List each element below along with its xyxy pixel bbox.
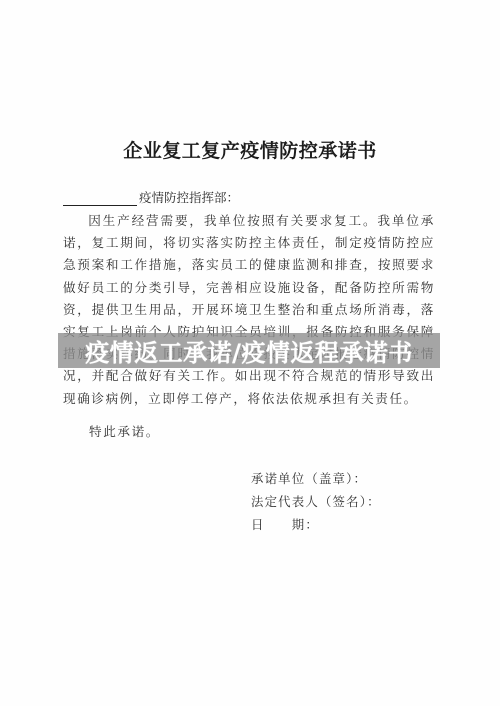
- date-label: 日 期：: [251, 513, 381, 536]
- signature-block: 承诺单位（盖章）： 法定代表人（签名）： 日 期：: [251, 467, 381, 536]
- document-title: 企业复工复产疫情防控承诺书: [0, 136, 500, 163]
- caption-banner: 疫情返工承诺/疫情返程承诺书: [58, 333, 440, 368]
- paragraph: 因生产经营需要，我单位按照有关要求复工。我单位承诺，复工期间，将切实落实防控主体…: [63, 210, 435, 410]
- body-text: 因生产经营需要，我单位按照有关要求复工。我单位承诺，复工期间，将切实落实防控主体…: [63, 210, 435, 410]
- salutation: 疫情防控指挥部：: [63, 188, 239, 206]
- closing-text: 特此承诺。: [89, 421, 160, 440]
- unit-seal-label: 承诺单位（盖章）：: [251, 467, 381, 490]
- blank-fill-line: [63, 191, 137, 206]
- document-page: 企业复工复产疫情防控承诺书 疫情防控指挥部： 因生产经营需要，我单位按照有关要求…: [0, 0, 500, 706]
- banner-text: 疫情返工承诺/疫情返程承诺书: [85, 333, 413, 368]
- salutation-text: 疫情防控指挥部：: [139, 188, 239, 206]
- legal-rep-label: 法定代表人（签名）：: [251, 490, 381, 513]
